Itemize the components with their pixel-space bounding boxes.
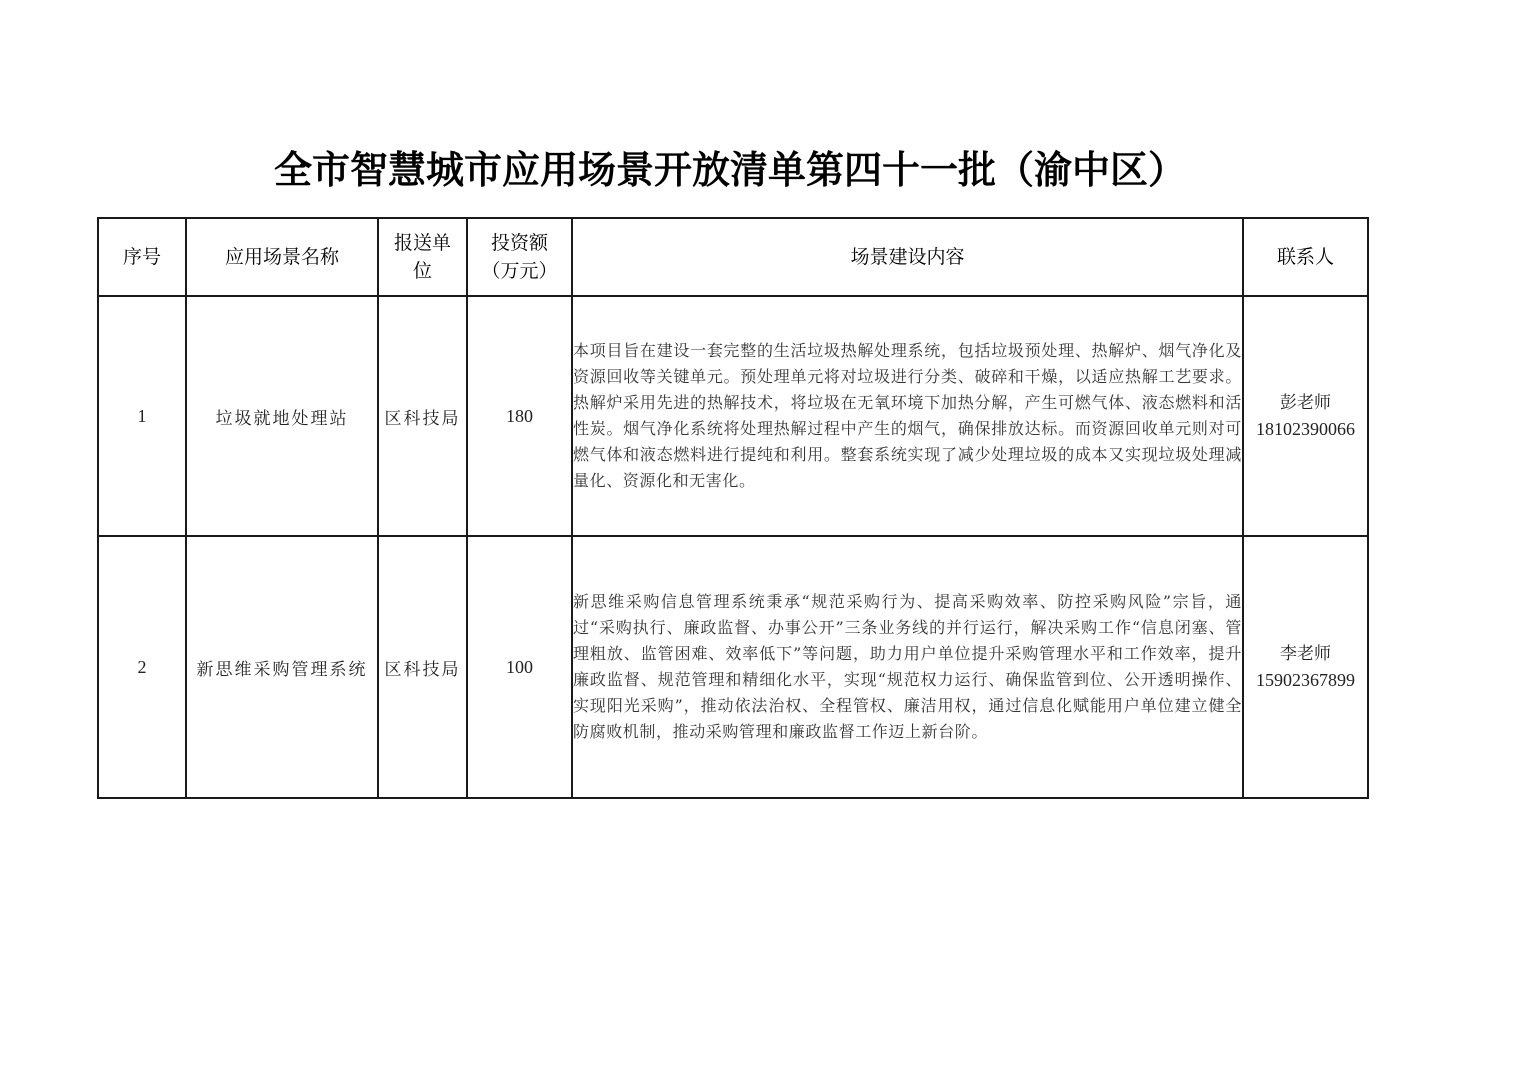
page-title: 全市智慧城市应用场景开放清单第四十一批（渝中区） (0, 140, 1460, 200)
row-scene-name: 垃圾就地处理站 (186, 296, 378, 536)
row-index: 1 (98, 296, 186, 536)
row-content: 新思维采购信息管理系统秉承“规范采购行为、提高采购效率、防控采购风险”宗旨，通过… (572, 536, 1243, 798)
row-scene-name: 新思维采购管理系统 (186, 536, 378, 798)
table-row: 2 新思维采购管理系统 区科技局 100 新思维采购信息管理系统秉承“规范采购行… (98, 536, 1368, 798)
row-index: 2 (98, 536, 186, 798)
row-contact: 李老师 15902367899 (1243, 536, 1368, 798)
header-unit-line2: 位 (379, 257, 466, 285)
header-scene-name: 应用场景名称 (186, 218, 378, 296)
table-row: 1 垃圾就地处理站 区科技局 180 本项目旨在建设一套完整的生活垃圾热解处理系… (98, 296, 1368, 536)
header-unit-line1: 报送单 (379, 229, 466, 257)
header-investment-line1: 投资额 (468, 229, 571, 257)
row-contact: 彭老师 18102390066 (1243, 296, 1368, 536)
table-header-row: 序号 应用场景名称 报送单 位 投资额 （万元） 场景建设内容 联系人 (98, 218, 1368, 296)
row-content: 本项目旨在建设一套完整的生活垃圾热解处理系统，包括垃圾预处理、热解炉、烟气净化及… (572, 296, 1243, 536)
header-investment: 投资额 （万元） (467, 218, 572, 296)
row-investment: 100 (467, 536, 572, 798)
contact-phone: 18102390066 (1244, 416, 1367, 442)
row-unit: 区科技局 (378, 296, 467, 536)
contact-name: 李老师 (1244, 641, 1367, 667)
row-unit: 区科技局 (378, 536, 467, 798)
contact-name: 彭老师 (1244, 390, 1367, 416)
contact-phone: 15902367899 (1244, 667, 1367, 693)
header-index: 序号 (98, 218, 186, 296)
header-content: 场景建设内容 (572, 218, 1243, 296)
header-investment-line2: （万元） (468, 257, 571, 285)
header-contact: 联系人 (1243, 218, 1368, 296)
row-investment: 180 (467, 296, 572, 536)
row-content-text: 本项目旨在建设一套完整的生活垃圾热解处理系统，包括垃圾预处理、热解炉、烟气净化及… (573, 338, 1242, 494)
header-unit: 报送单 位 (378, 218, 467, 296)
scene-list-table: 序号 应用场景名称 报送单 位 投资额 （万元） 场景建设内容 联系人 1 垃圾… (97, 217, 1369, 799)
row-content-text: 新思维采购信息管理系统秉承“规范采购行为、提高采购效率、防控采购风险”宗旨，通过… (573, 589, 1242, 745)
